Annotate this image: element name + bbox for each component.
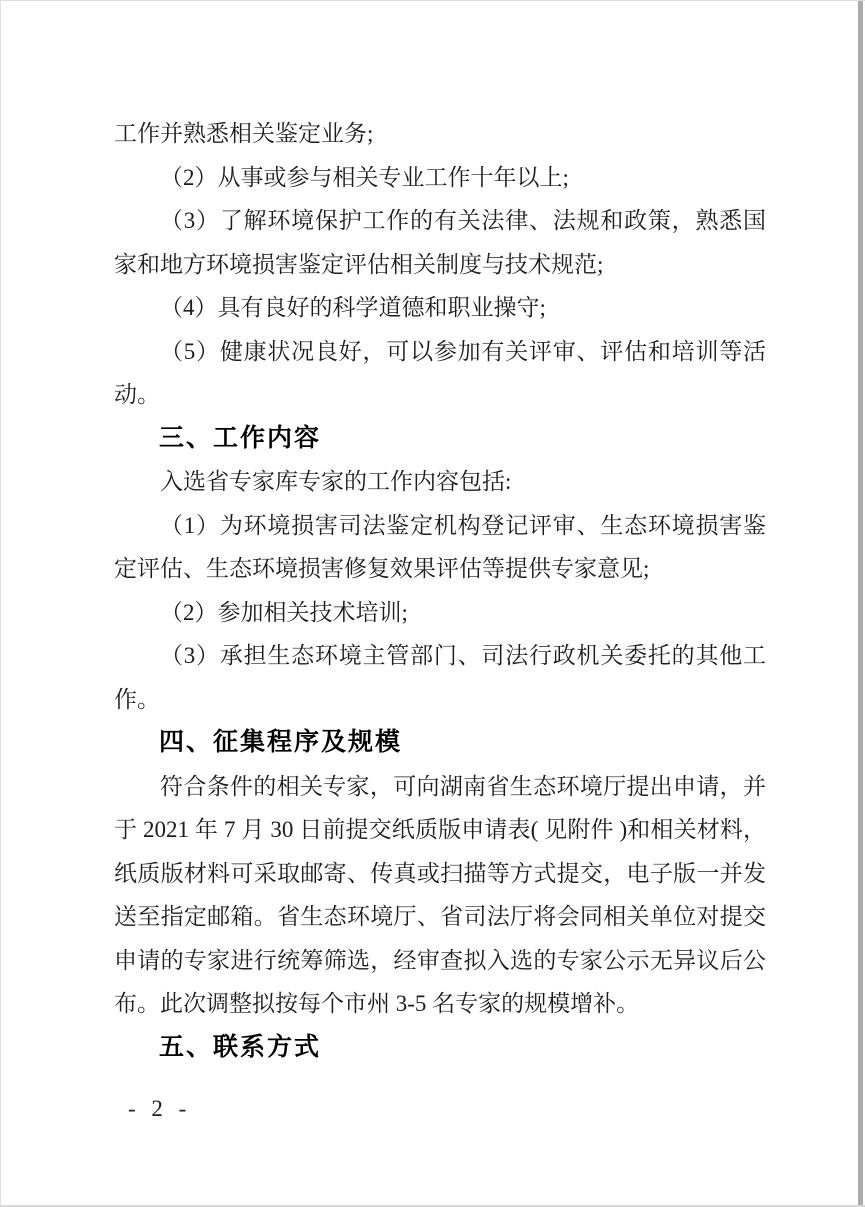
list-item-5: （5）健康状况良好，可以参加有关评审、评估和培训等活动。 [114,330,766,417]
section-heading-procedure: 四、征集程序及规模 [114,721,766,765]
section-heading-work-content: 三、工作内容 [114,417,766,461]
list-item-4: （4）具有良好的科学道德和职业操守; [114,286,766,330]
paragraph-procedure: 符合条件的相关专家，可向湖南省生态环境厅提出申请，并于 2021 年 7 月 3… [114,765,766,1026]
page-number: - 2 - [128,1096,191,1122]
list-item-3: （3）了解环境保护工作的有关法律、法规和政策，熟悉国家和地方环境损害鉴定评估相关… [114,199,766,286]
work-item-3: （3）承担生态环境主管部门、司法行政机关委托的其他工作。 [114,634,766,721]
paragraph-intro: 入选省专家库专家的工作内容包括: [114,460,766,504]
work-item-2: （2）参加相关技术培训; [114,591,766,635]
document-page: 工作并熟悉相关鉴定业务; （2）从事或参与相关专业工作十年以上; （3）了解环境… [0,0,865,1207]
list-item-2: （2）从事或参与相关专业工作十年以上; [114,156,766,200]
paragraph-continuation: 工作并熟悉相关鉴定业务; [114,112,766,156]
scrollbar[interactable] [858,1,863,1205]
work-item-1: （1）为环境损害司法鉴定机构登记评审、生态环境损害鉴定评估、生态环境损害修复效果… [114,504,766,591]
section-heading-contact: 五、联系方式 [114,1026,766,1070]
document-body: 工作并熟悉相关鉴定业务; （2）从事或参与相关专业工作十年以上; （3）了解环境… [114,112,766,1069]
